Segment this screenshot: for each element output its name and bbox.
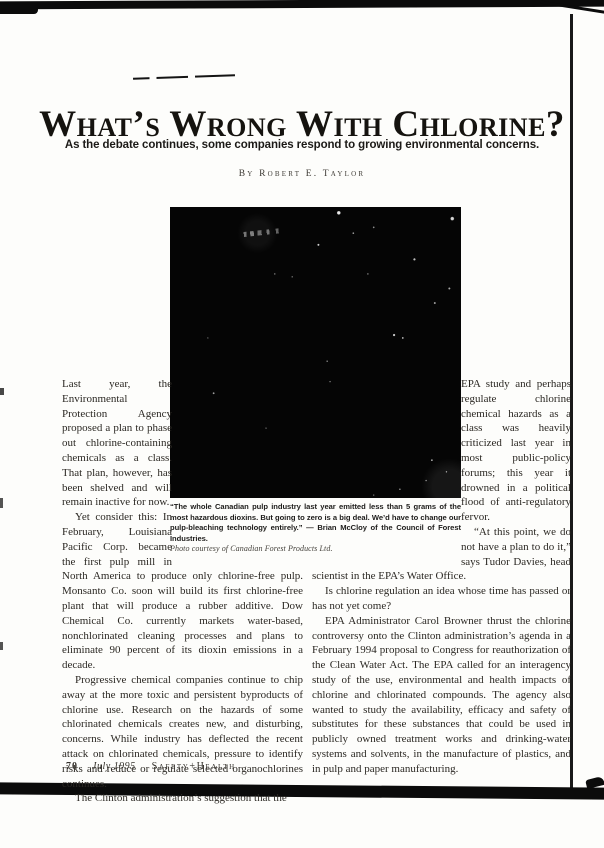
footer-magazine-title: Safety+Health (152, 761, 236, 772)
scan-left-edge-tick (0, 388, 4, 395)
magazine-page-scan: What’s Wrong With Chlorine? As the debat… (0, 0, 604, 848)
article-byline: By Robert E. Taylor (0, 169, 604, 179)
article-subtitle: As the debate continues, some companies … (0, 139, 604, 151)
footer-page-number: 70 (66, 761, 78, 772)
paragraph: The Clinton administration’s suggestion … (62, 791, 303, 806)
page-footer: 70 July 1995 Safety+Health (66, 761, 236, 772)
paragraph: EPA Administrator Carol Browner thrust t… (312, 614, 571, 777)
photo-wrap-spacer (172, 377, 303, 555)
scan-dash-artifact (133, 74, 235, 80)
paragraph: Progressive chemical companies continue … (62, 673, 303, 791)
scan-top-left-blob-artifact (0, 5, 38, 14)
scan-top-edge-artifact (0, 0, 604, 9)
article-body: Last year, the Environmental Protection … (62, 377, 571, 806)
right-column: EPA study and perhaps regulate chlorine … (312, 377, 571, 806)
left-column: Last year, the Environmental Protection … (62, 377, 303, 806)
photo-light-marks (240, 228, 286, 238)
footer-issue-date: July 1995 (92, 761, 136, 772)
scan-left-edge-tick (0, 642, 3, 650)
paragraph: Is chlorine regulation an idea whose tim… (312, 584, 571, 614)
scan-left-edge-tick (0, 498, 3, 508)
photo-wrap-spacer (312, 377, 461, 555)
